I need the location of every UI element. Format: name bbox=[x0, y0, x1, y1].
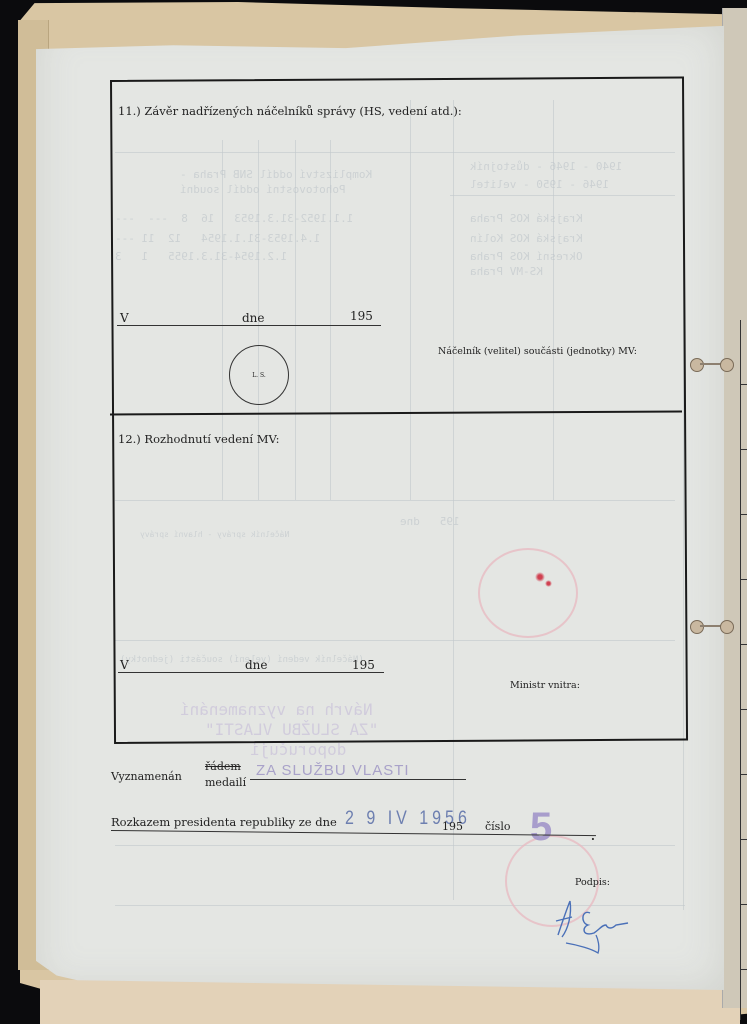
award-label: Vyznamenán bbox=[111, 770, 182, 783]
official-seal-circle: L. S. bbox=[229, 345, 289, 405]
section-11-signatory-label: Náčelník (velitel) součásti (jednotky) M… bbox=[438, 346, 637, 357]
section-11-year-prefix: 195 bbox=[350, 309, 373, 323]
seal-label: L. S. bbox=[252, 372, 266, 379]
award-name-line[interactable] bbox=[250, 779, 466, 780]
decree-number-stamp: 5 bbox=[530, 805, 552, 850]
section-12-date-label: dne bbox=[245, 658, 268, 672]
signature-label: Podpis: bbox=[575, 877, 610, 888]
section-12-year-prefix: 195 bbox=[352, 658, 375, 672]
adjacent-page-grid bbox=[740, 320, 747, 1020]
section-11-heading: 11.) Závěr nadřízených náčelníků správy … bbox=[118, 104, 462, 118]
binder-clip-top bbox=[690, 358, 734, 370]
award-name-stamp: ZA SLUŽBU VLASTI bbox=[256, 762, 410, 779]
section-11-date-label: dne bbox=[242, 311, 265, 325]
decree-trailing-mark: . bbox=[591, 830, 595, 843]
section-12-date-line[interactable] bbox=[118, 672, 384, 673]
section-11-date-line[interactable] bbox=[117, 325, 381, 326]
section-11-place-label: V bbox=[120, 311, 129, 325]
award-option-medal: medailí bbox=[205, 776, 246, 789]
award-option-order: řádem bbox=[205, 760, 241, 773]
section-12-heading: 12.) Rozhodnutí vedení MV: bbox=[118, 432, 280, 446]
decree-number-label: číslo bbox=[485, 820, 510, 833]
section-12-signatory-label: Ministr vnitra: bbox=[510, 680, 580, 691]
section-12-place-label: V bbox=[120, 658, 129, 672]
decree-year-prefix: 195 bbox=[442, 820, 463, 833]
decree-label: Rozkazem presidenta republiky ze dne bbox=[111, 815, 337, 829]
handwritten-signature bbox=[548, 895, 638, 955]
binder-clip-bottom bbox=[690, 620, 734, 632]
